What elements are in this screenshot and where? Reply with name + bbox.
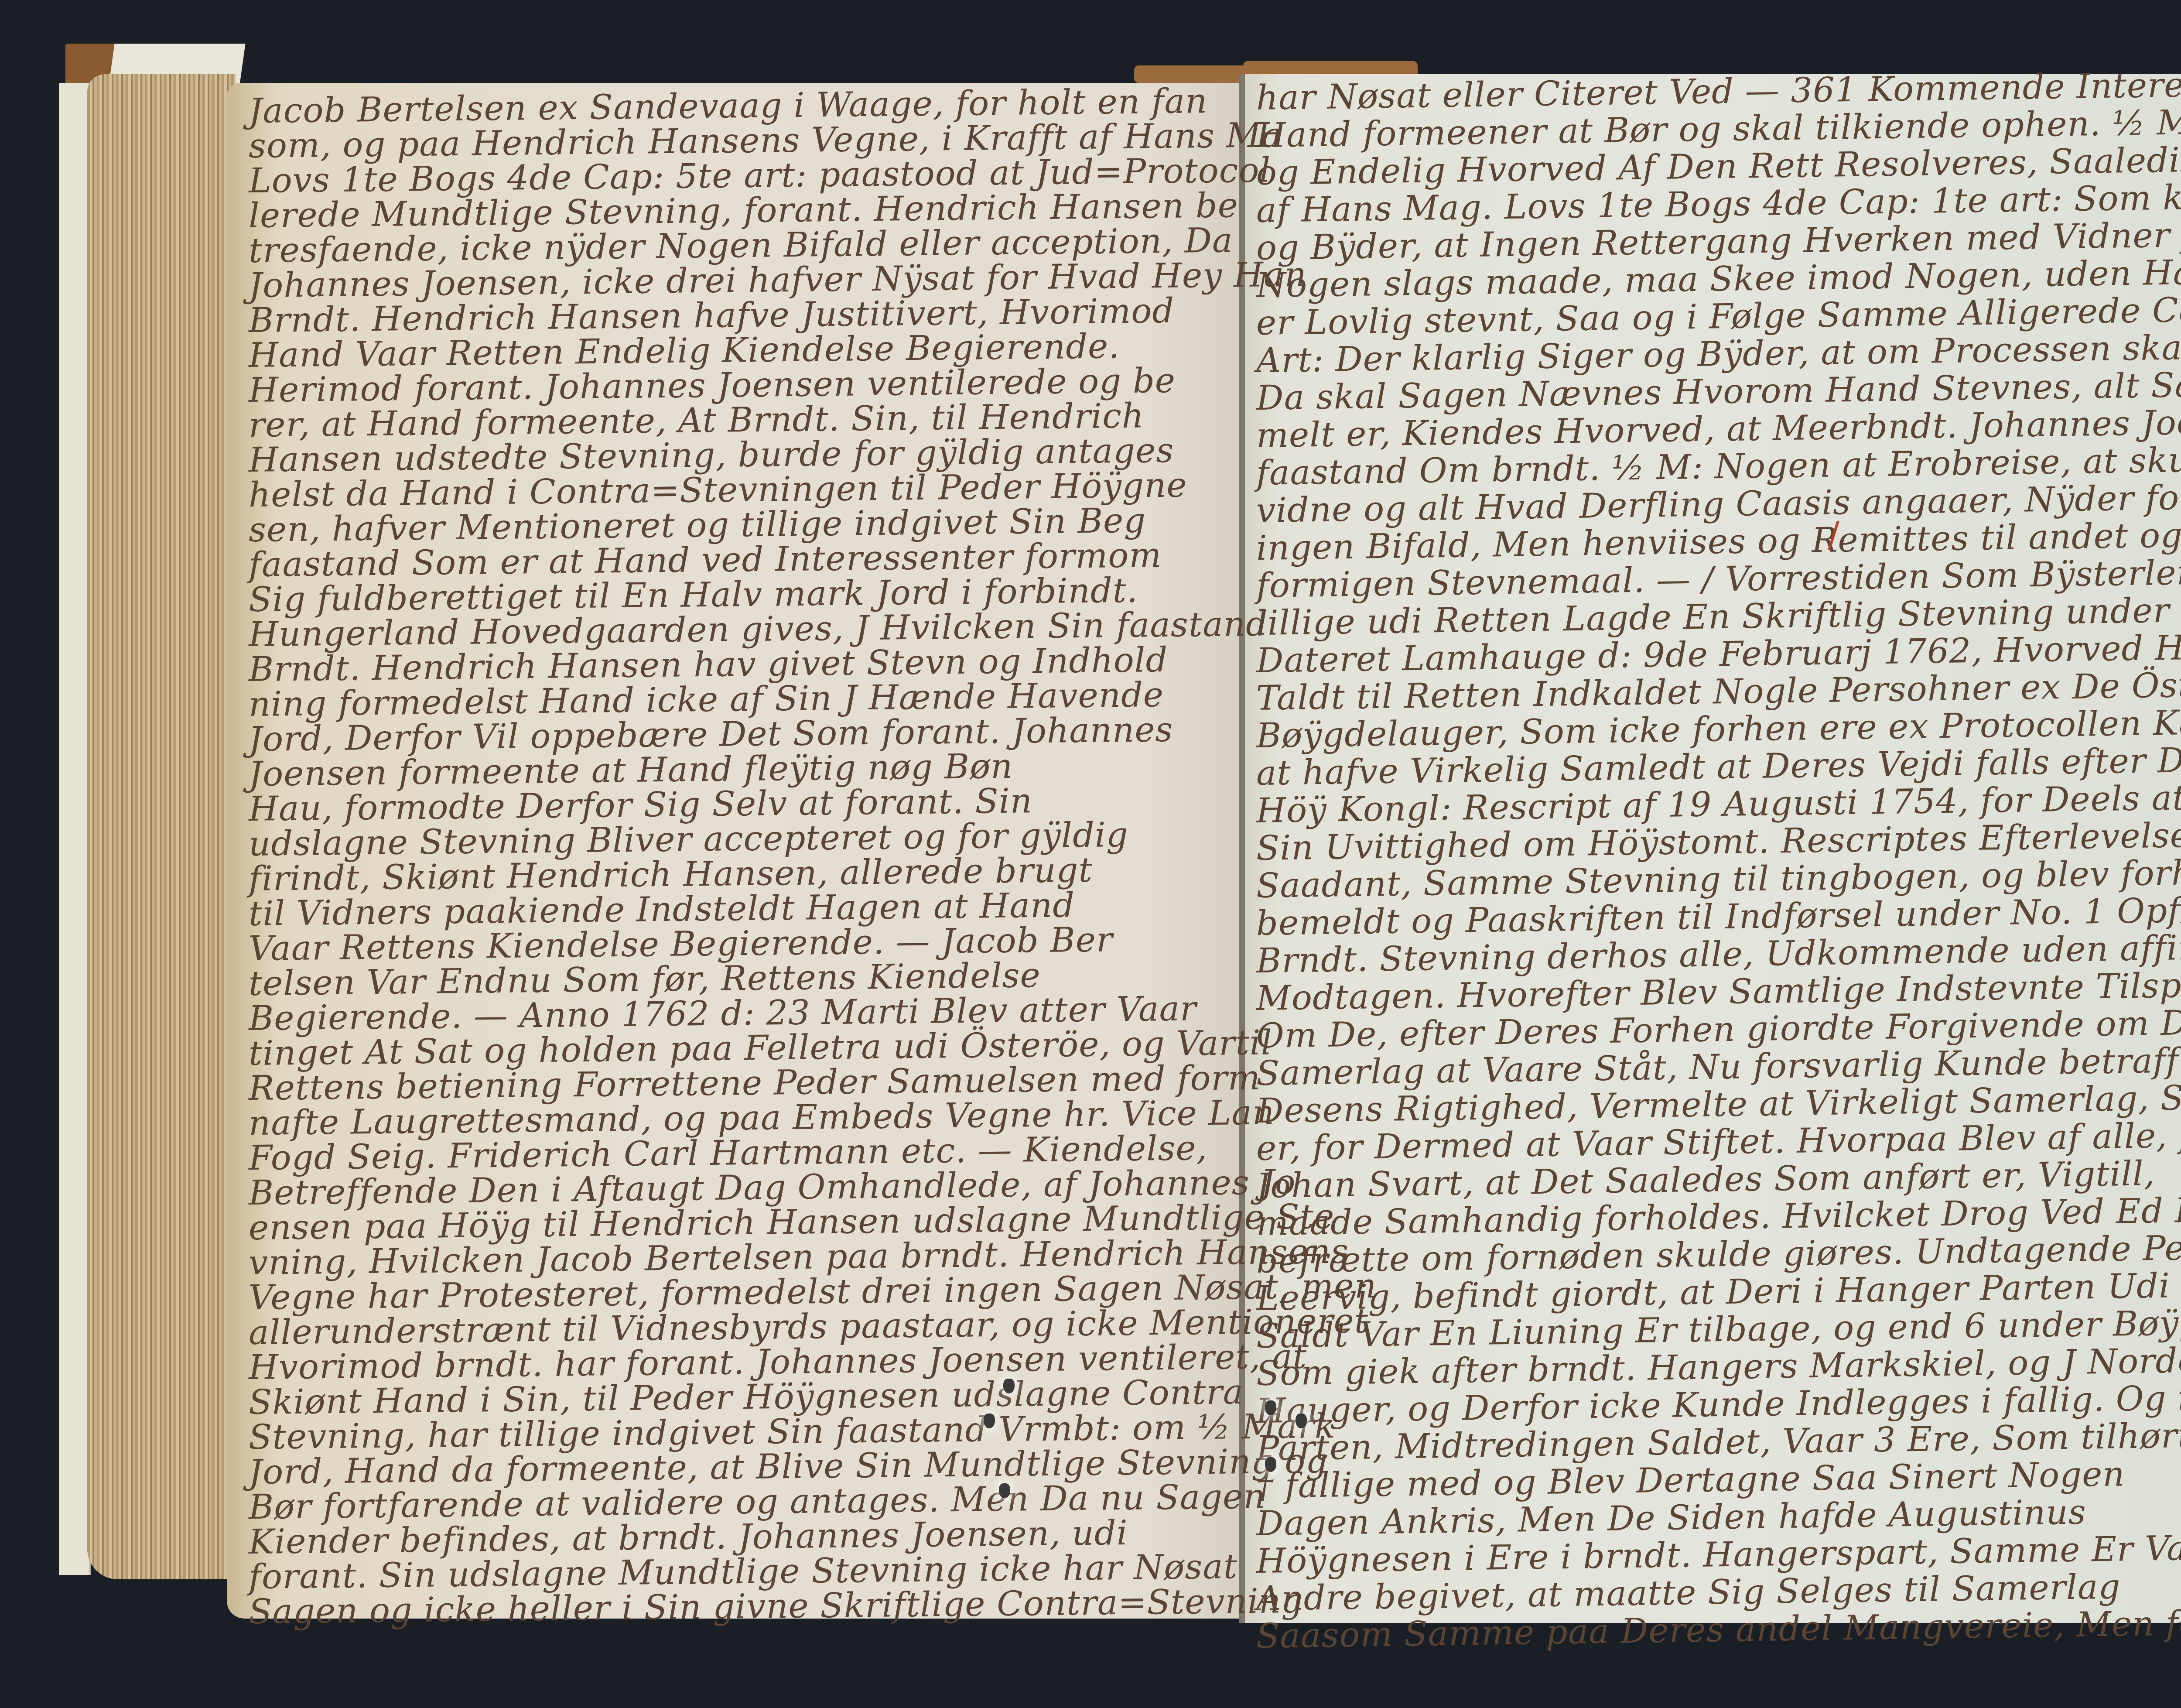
paper-hole (984, 1414, 995, 1428)
red-marginal-mark: / (1828, 515, 1839, 555)
spine-top-left (1134, 65, 1248, 83)
paper-hole (1296, 1414, 1307, 1428)
paper-hole (1265, 1457, 1276, 1472)
paper-hole (1265, 1400, 1276, 1415)
paper-hole (999, 1483, 1010, 1498)
left-cover-flap (59, 83, 91, 1575)
left-fore-edge (87, 74, 236, 1579)
paper-hole (1003, 1379, 1015, 1393)
open-manuscript-book: Jacob Bertelsen ex Sandevaag i Waage, fo… (0, 0, 2181, 1708)
